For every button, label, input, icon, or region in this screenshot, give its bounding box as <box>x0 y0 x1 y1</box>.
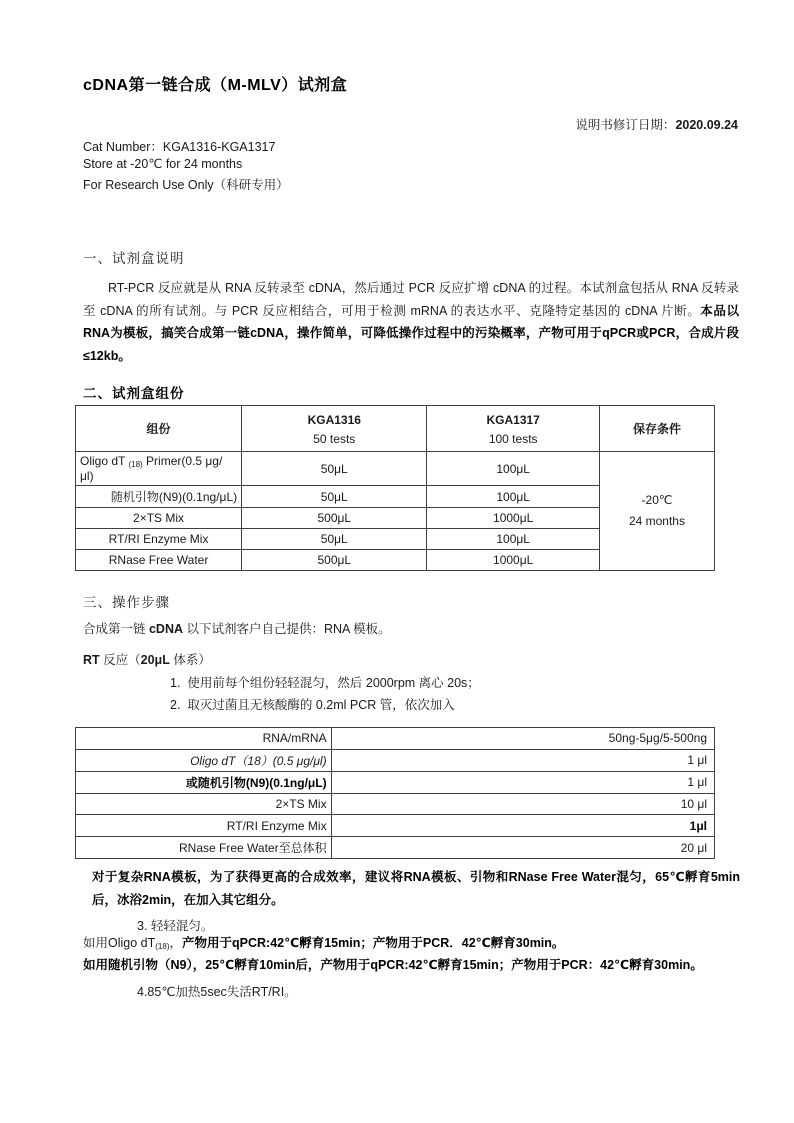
random-primer-incubation-line: 如用随机引物（N9），25℃孵育10min后，产物用于qPCR:42℃孵育15m… <box>83 955 703 973</box>
kit-description: RT-PCR 反应就是从 RNA 反转录至 cDNA，然后通过 PCR 反应扩增… <box>83 277 739 367</box>
kit-description-regular: RT-PCR 反应就是从 RNA 反转录至 cDNA，然后通过 PCR 反应扩增… <box>83 281 739 318</box>
component-name: RNase Free Water <box>76 550 242 571</box>
component-name: Oligo dT (18) Primer(0.5 μg/μl) <box>76 452 242 486</box>
revision-date-value: 2020.09.24 <box>675 118 738 132</box>
table-row: RNA/mRNA 50ng-5μg/5-500ng <box>76 728 715 750</box>
header-storage: 保存条件 <box>599 406 714 452</box>
oligo-dt-subscript: (18) <box>128 460 142 469</box>
volume-kga1316: 500μL <box>242 550 427 571</box>
section3-heading: 三、操作步骤 <box>83 591 170 611</box>
reagent-amount: 20 μl <box>331 837 714 859</box>
table-row: Oligo dT（18）(0.5 μg/μl) 1 μl <box>76 749 715 771</box>
table-row: 或随机引物(N9)(0.1ng/μL) 1 μl <box>76 771 715 793</box>
reagent-amount: 1 μl <box>331 771 714 793</box>
volume-kga1316: 50μL <box>242 486 427 508</box>
volume-kga1317: 100μL <box>427 486 600 508</box>
storage-temp: -20℃ <box>606 490 708 511</box>
volume-kga1317: 100μL <box>427 529 600 550</box>
reagent-amount: 1 μl <box>331 749 714 771</box>
revision-date-line: 说明书修订日期：2020.09.24 <box>83 115 738 133</box>
volume-kga1317: 1000μL <box>427 550 600 571</box>
volume-kga1317: 100μL <box>427 452 600 486</box>
reagent-label: RNA/mRNA <box>76 728 332 750</box>
reagent-amount: 50ng-5μg/5-500ng <box>331 728 714 750</box>
oligo-dt-incubation-line: 如用Oligo dT(18)，产物用于qPCR:42℃孵育15min；产物用于P… <box>83 933 564 951</box>
header-kga1317: KGA1317 100 tests <box>427 406 600 452</box>
revision-date-label: 说明书修订日期： <box>575 118 675 132</box>
reagent-label: RNase Free Water至总体积 <box>76 837 332 859</box>
component-name: 随机引物(N9)(0.1ng/μL) <box>76 486 242 508</box>
synthesis-intro-line: 合成第一链 cDNA 以下试剂客户自己提供：RNA 模板。 <box>83 619 391 637</box>
reagent-amount: 1μl <box>331 815 714 837</box>
storage-duration: 24 months <box>606 511 708 532</box>
research-use-line: For Research Use Only（科研专用） <box>83 175 289 193</box>
step-2: 2. 取灭过菌且无核酸酶的 0.2ml PCR 管，依次加入 <box>170 695 455 713</box>
reagent-label: RT/RI Enzyme Mix <box>76 815 332 837</box>
oligo-dt-subscript: (18) <box>155 942 169 951</box>
volume-kga1316: 500μL <box>242 508 427 529</box>
component-name: 2×TS Mix <box>76 508 242 529</box>
components-table-header-row: 组份 KGA1316 50 tests KGA1317 100 tests 保存… <box>76 406 715 452</box>
components-table: 组份 KGA1316 50 tests KGA1317 100 tests 保存… <box>75 405 715 571</box>
reagent-amount: 10 μl <box>331 793 714 815</box>
section2-heading: 二、试剂盒组份 <box>83 382 185 402</box>
section1-heading: 一、试剂盒说明 <box>83 247 185 267</box>
page-title: cDNA第一链合成（M-MLV）试剂盒 <box>83 72 347 95</box>
reagent-label: Oligo dT（18）(0.5 μg/μl) <box>76 749 332 771</box>
complex-template-note: 对于复杂RNA模板，为了获得更高的合成效率，建议将RNA模板、引物和RNase … <box>92 866 740 912</box>
step-1: 1. 使用前每个组份轻轻混匀，然后 2000rpm 离心 20s； <box>170 673 480 691</box>
volume-kga1316: 50μL <box>242 452 427 486</box>
rt-reaction-line: RT 反应（20μL 体系） <box>83 650 211 668</box>
reagent-label: 2×TS Mix <box>76 793 332 815</box>
table-row: RNase Free Water至总体积 20 μl <box>76 837 715 859</box>
header-component: 组份 <box>76 406 242 452</box>
reagent-label: 或随机引物(N9)(0.1ng/μL) <box>76 771 332 793</box>
cat-number-line: Cat Number：KGA1316-KGA1317 <box>83 137 275 155</box>
storage-condition-line: Store at -20℃ for 24 months <box>83 156 242 171</box>
component-name: RT/RI Enzyme Mix <box>76 529 242 550</box>
reaction-setup-table: RNA/mRNA 50ng-5μg/5-500ng Oligo dT（18）(0… <box>75 727 715 859</box>
table-row: Oligo dT (18) Primer(0.5 μg/μl) 50μL 100… <box>76 452 715 486</box>
storage-merged-cell: -20℃ 24 months <box>599 452 714 571</box>
table-row: RT/RI Enzyme Mix 1μl <box>76 815 715 837</box>
step-3: 3. 轻轻混匀。 <box>137 916 213 934</box>
step-4: 4.85℃加热5sec失活RT/RI。 <box>137 982 297 1000</box>
volume-kga1316: 50μL <box>242 529 427 550</box>
table-row: 2×TS Mix 10 μl <box>76 793 715 815</box>
volume-kga1317: 1000μL <box>427 508 600 529</box>
header-kga1316: KGA1316 50 tests <box>242 406 427 452</box>
manual-page: cDNA第一链合成（M-MLV）试剂盒 说明书修订日期：2020.09.24 C… <box>0 0 794 1123</box>
